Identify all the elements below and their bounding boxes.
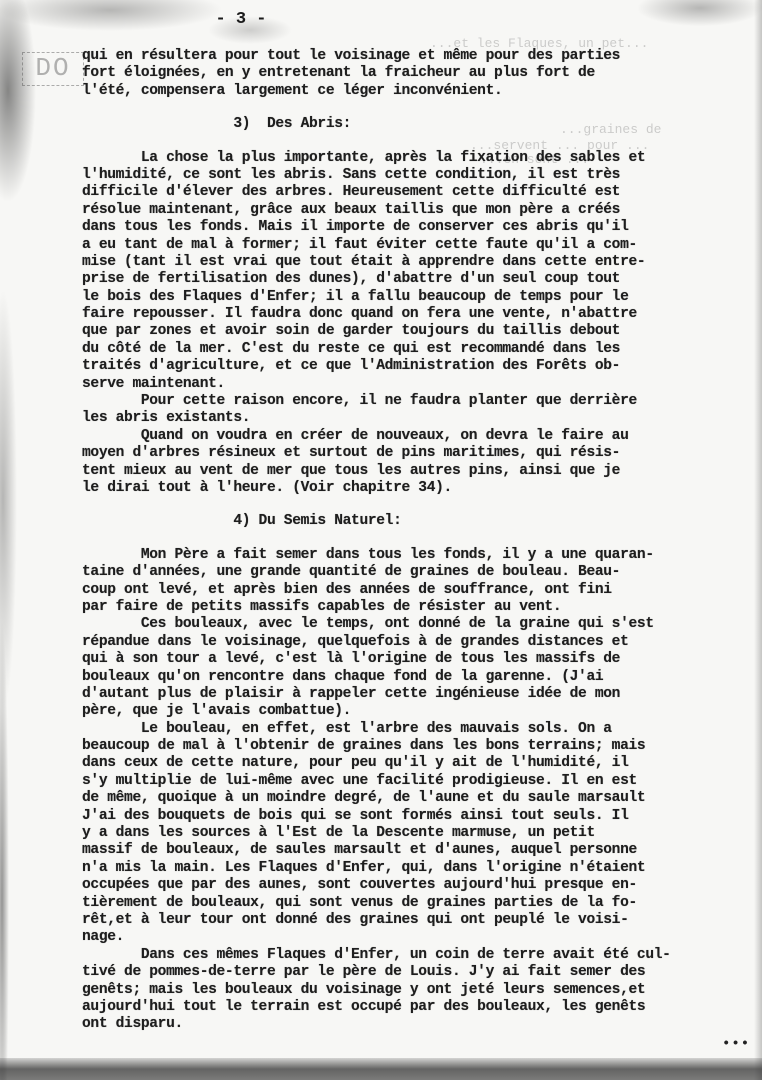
text-line: tièrement de bouleaux, qui sont venus de… [82, 895, 762, 912]
text-line: ont disparu. [82, 1016, 762, 1033]
text-line: taine d'années, une grande quantité de g… [82, 564, 762, 581]
text-line: d'autant plus de plaisir à rappeler cett… [82, 686, 762, 703]
text-line: le dirai tout à l'heure. (Voir chapitre … [82, 480, 762, 497]
text-line: mise (tant il est vrai que tout était à … [82, 254, 762, 271]
text-line: beaucoup de mal à l'obtenir de graines d… [82, 738, 762, 755]
text-line: du côté de la mer. C'est du reste ce qui… [82, 341, 762, 358]
spacer [82, 134, 762, 150]
document-page: DO - 3 - ...et les Flaques, un pet... ..… [0, 0, 762, 1080]
text-line: moyen d'arbres résineux et surtout de pi… [82, 445, 762, 462]
text-line: père, que je l'avais combattue). [82, 703, 762, 720]
text-line: tent mieux au vent de mer que tous les a… [82, 463, 762, 480]
text-line: que par zones et avoir soin de garder to… [82, 323, 762, 340]
text-line: Dans ces mêmes Flaques d'Enfer, un coin … [82, 947, 762, 964]
text-line: fort éloignées, en y entretenant la frai… [82, 65, 762, 82]
text-line: Le bouleau, en effet, est l'arbre des ma… [82, 721, 762, 738]
text-line: dans ceux de cette nature, pour peu qu'i… [82, 755, 762, 772]
spacer [82, 531, 762, 547]
text-line: prise de fertilisation des dunes), d'aba… [82, 271, 762, 288]
text-line: Quand on voudra en créer de nouveaux, on… [82, 428, 762, 445]
text-line: massif de bouleaux, de saules marsault e… [82, 842, 762, 859]
text-line: qui à son tour a levé, c'est là l'origin… [82, 651, 762, 668]
text-line: de même, quoique à un moindre degré, de … [82, 790, 762, 807]
text-line: a eu tant de mal à former; il faut évite… [82, 237, 762, 254]
text-line: l'été, compensera largement ce léger inc… [82, 83, 762, 100]
margin-stamp: DO [22, 52, 84, 86]
spacer [82, 100, 762, 116]
scan-noise-left [0, 0, 55, 1080]
text-line: Mon Père a fait semer dans tous les fond… [82, 547, 762, 564]
text-line: J'ai des bouquets de bois qui se sont fo… [82, 808, 762, 825]
text-line: traités d'agriculture, et ce que l'Admin… [82, 358, 762, 375]
text-line: La chose la plus importante, après la fi… [82, 150, 762, 167]
text-line: serve maintenant. [82, 376, 762, 393]
text-line: Ces bouleaux, avec le temps, ont donné d… [82, 616, 762, 633]
text-line: Pour cette raison encore, il ne faudra p… [82, 393, 762, 410]
page-number: - 3 - [0, 10, 622, 29]
text-line: qui en résultera pour tout le voisinage … [82, 48, 762, 65]
scan-noise-bottom [0, 1058, 762, 1080]
text-line: s'y multiplie de lui-même avec une facil… [82, 773, 762, 790]
text-line: tivé de pommes-de-terre par le père de L… [82, 964, 762, 981]
text-line: y a dans les sources à l'Est de la Desce… [82, 825, 762, 842]
text-line: l'humidité, ce sont les abris. Sans cett… [82, 167, 762, 184]
text-line: dans tous les fonds. Mais il importe de … [82, 219, 762, 236]
text-line: rêt,et à leur tour ont donné des graines… [82, 912, 762, 929]
text-line: n'a mis la main. Les Flaques d'Enfer, qu… [82, 860, 762, 877]
text-line: aujourd'hui tout le terrain est occupé p… [82, 999, 762, 1016]
text-line: les abris existants. [82, 410, 762, 427]
section-heading: 4) Du Semis Naturel: [82, 513, 762, 530]
text-line: genêts; mais les bouleaux du voisinage y… [82, 982, 762, 999]
text-line: résolue maintenant, grâce aux beaux tail… [82, 202, 762, 219]
text-line: par faire de petits massifs capables de … [82, 599, 762, 616]
text-line: faire repousser. Il faudra donc quand on… [82, 306, 762, 323]
text-line: bouleaux qu'on rencontre dans chaque fon… [82, 669, 762, 686]
text-line: répandue dans le voisinage, quelquefois … [82, 634, 762, 651]
document-body: qui en résultera pour tout le voisinage … [82, 48, 762, 1034]
text-line: le bois des Flaques d'Enfer; il a fallu … [82, 289, 762, 306]
text-line: coup ont levé, et après bien des années … [82, 582, 762, 599]
continuation-mark: ••• [722, 1040, 750, 1048]
text-line: difficile d'élever des arbres. Heureusem… [82, 184, 762, 201]
spacer [82, 497, 762, 513]
text-line: nage. [82, 929, 762, 946]
text-line: occupées que par des aunes, sont couvert… [82, 877, 762, 894]
section-heading: 3) Des Abris: [82, 116, 762, 133]
